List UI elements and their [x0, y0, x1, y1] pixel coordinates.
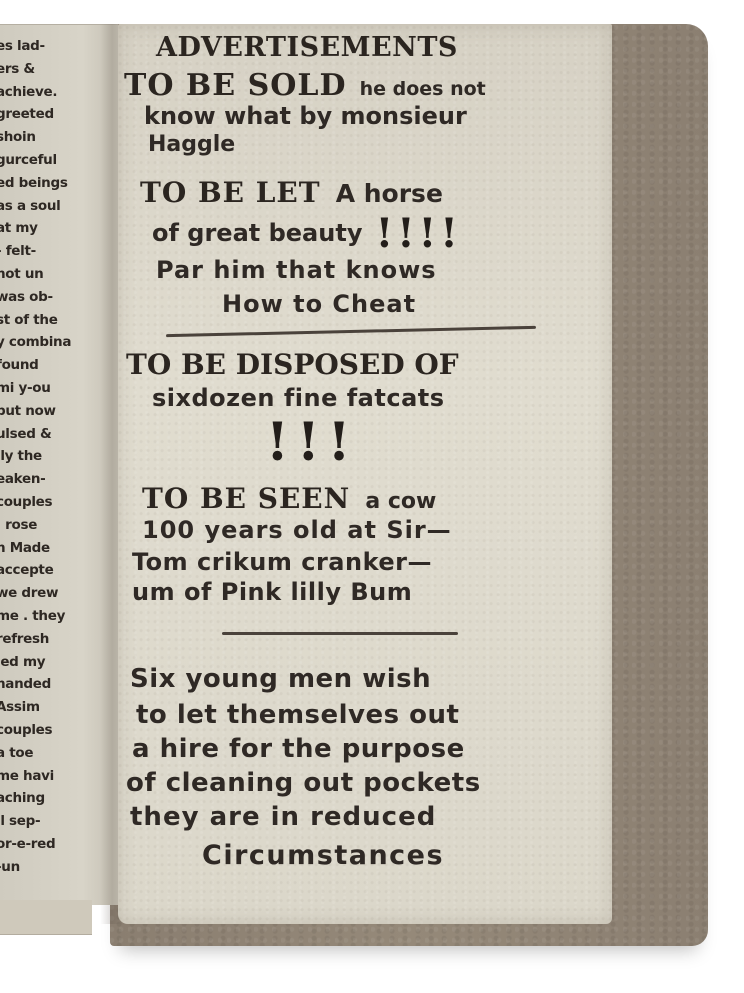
ad-text: How to Cheat	[222, 290, 416, 318]
facing-line: led my	[0, 651, 116, 674]
facing-page-text: es lad- ers & achieve. greeted shoin gur…	[0, 35, 116, 878]
facing-line: eaken-	[0, 468, 116, 491]
facing-line: ers &	[0, 58, 116, 81]
exclamation-marks: !!!!	[376, 210, 462, 257]
ad-text: 100 years old at Sir—	[142, 516, 452, 544]
ad-text: Six young men wish	[130, 664, 431, 694]
ad-title: TO BE LET	[140, 176, 321, 209]
divider-rule	[166, 326, 536, 337]
ad-text: a cow	[365, 489, 436, 514]
ad-title: TO BE SOLD	[124, 68, 346, 103]
facing-page-tab	[0, 900, 92, 935]
ad-text: A horse	[336, 179, 443, 208]
facing-line: as a soul	[0, 195, 116, 218]
facing-line: or-e-red	[0, 833, 116, 856]
facing-line: gurceful	[0, 149, 116, 172]
ad-text: sixdozen fine fatcats	[152, 384, 445, 412]
facing-line: -un	[0, 856, 116, 879]
exclamation-marks: !!!	[266, 412, 358, 473]
ad-to-be-let: TO BE LET A horse	[140, 176, 443, 209]
ad-text: know what by monsieur	[144, 102, 467, 130]
facing-line: shoin	[0, 126, 116, 149]
facing-line: lly the	[0, 445, 116, 468]
facing-line: me havi	[0, 765, 116, 788]
facing-line: we drew	[0, 582, 116, 605]
facing-line: found	[0, 354, 116, 377]
facing-line: achieve.	[0, 81, 116, 104]
ad-to-be-sold: TO BE SOLD he does not	[124, 68, 486, 103]
facing-line: I rose	[0, 514, 116, 537]
ad-text: Haggle	[148, 132, 235, 157]
page-title: ADVERTISEMENTS	[156, 32, 458, 63]
ad-text: they are in reduced	[130, 802, 436, 832]
ad-text: he does not	[360, 78, 486, 100]
divider-rule	[222, 632, 458, 635]
facing-line: ed beings	[0, 172, 116, 195]
facing-line: greeted	[0, 103, 116, 126]
facing-line: not un	[0, 263, 116, 286]
facing-line: a toe	[0, 742, 116, 765]
facing-line: handed	[0, 673, 116, 696]
ad-text: of cleaning out pockets	[126, 768, 481, 798]
facing-line: couples	[0, 491, 116, 514]
facing-line: ulsed &	[0, 423, 116, 446]
facing-line: refresh	[0, 628, 116, 651]
facing-line: me . they	[0, 605, 116, 628]
ad-to-be-seen: TO BE SEEN a cow	[142, 482, 436, 515]
facing-line: y combina	[0, 331, 116, 354]
ad-title: TO BE DISPOSED OF	[126, 348, 459, 381]
ad-text: Par him that knows	[156, 256, 437, 284]
ad-text: a hire for the purpose	[132, 734, 465, 764]
facing-line: n Made	[0, 537, 116, 560]
facing-line: st of the	[0, 309, 116, 332]
ad-title: TO BE SEEN	[142, 482, 350, 515]
facing-line: Assim	[0, 696, 116, 719]
facing-line: was ob-	[0, 286, 116, 309]
ad-text: Circumstances	[202, 840, 444, 871]
ad-text: um of Pink lilly Bum	[132, 578, 412, 606]
facing-line: accepte	[0, 559, 116, 582]
ad-text-row: of great beauty !!!!	[152, 210, 462, 257]
facing-line: couples	[0, 719, 116, 742]
facing-line: mi y-ou	[0, 377, 116, 400]
facing-line: but now	[0, 400, 116, 423]
ad-text: of great beauty	[152, 219, 362, 247]
ad-text: Tom crikum cranker—	[132, 548, 432, 576]
advertisements-page: ADVERTISEMENTS TO BE SOLD he does not kn…	[118, 24, 612, 924]
facing-line: es lad-	[0, 35, 116, 58]
facing-line: ll sep-	[0, 810, 116, 833]
ad-text: to let themselves out	[136, 700, 459, 730]
facing-line: at my	[0, 217, 116, 240]
facing-line: - felt-	[0, 240, 116, 263]
facing-line: aching	[0, 787, 116, 810]
